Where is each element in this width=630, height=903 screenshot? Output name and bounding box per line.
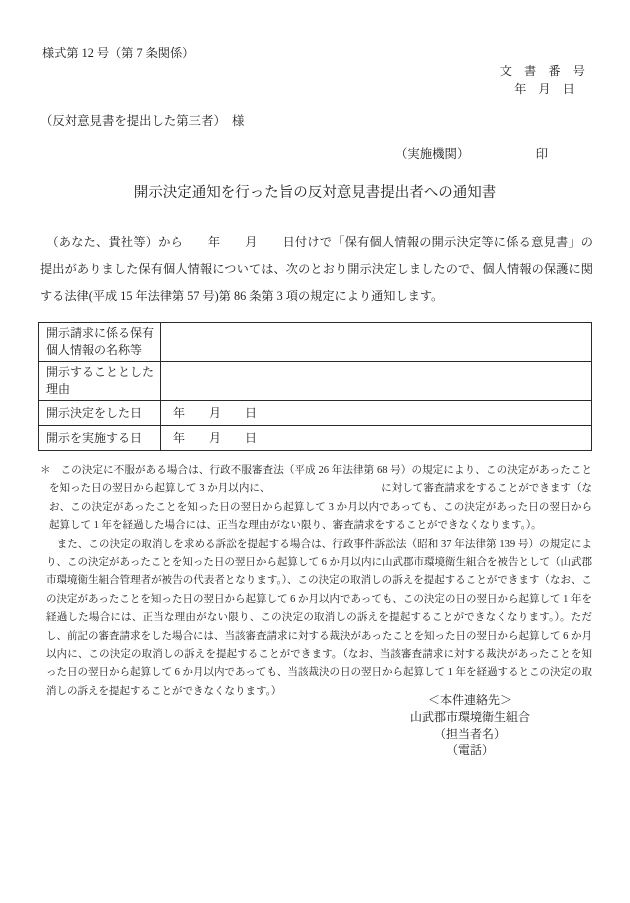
row-value-cell: 年 月 日: [161, 401, 592, 426]
body-paragraph: （あなた、貴社等）から 年 月 日付けで「保有個人情報の開示決定等に係る意見書」…: [40, 229, 593, 311]
note-paragraph-appeal-text: この決定に不服がある場合は、行政不服審査法（平成 26 年法律第 68 号）の規…: [49, 465, 592, 531]
document-title: 開示決定通知を行った旨の反対意見書提出者への通知書: [0, 181, 630, 202]
row-label-cell: 開示決定をした日: [39, 401, 161, 426]
form-number: 様式第 12 号（第 7 条関係）: [42, 44, 194, 61]
table-row: 開示することとした理由: [39, 362, 592, 401]
contact-organization: 山武郡市環境衛生組合: [345, 709, 595, 726]
document-number-placeholder: 文 書 番 号: [500, 62, 585, 79]
contact-phone-placeholder: （電話）: [345, 742, 595, 759]
table-row: 開示を実施する日 年 月 日: [39, 426, 592, 451]
note-paragraph-lawsuit: また、この決定の取消しを求める訴訟を提起する場合は、行政事件訴訟法（昭和 37 …: [40, 536, 592, 702]
row-value-cell: [161, 323, 592, 362]
table-row: 開示請求に係る保有個人情報の名称等: [39, 323, 592, 362]
row-label-cell: 開示を実施する日: [39, 426, 161, 451]
date-placeholder: 年 月 日: [514, 80, 575, 97]
row-value-cell: 年 月 日: [161, 426, 592, 451]
disclosure-info-table: 開示請求に係る保有個人情報の名称等 開示することとした理由 開示決定をした日 年…: [38, 322, 592, 451]
note-asterisk-marker: ＊: [40, 465, 51, 476]
appeal-note: ＊この決定に不服がある場合は、行政不服審査法（平成 26 年法律第 68 号）の…: [40, 462, 592, 701]
note-paragraph-appeal: ＊この決定に不服がある場合は、行政不服審査法（平成 26 年法律第 68 号）の…: [40, 462, 592, 536]
agency-placeholder: （実施機関）: [395, 144, 469, 162]
row-label-cell: 開示することとした理由: [39, 362, 161, 401]
row-value-cell: [161, 362, 592, 401]
row-label-cell: 開示請求に係る保有個人情報の名称等: [39, 323, 161, 362]
agency-signature-row: （実施機関） 印: [395, 144, 548, 162]
document-page: 様式第 12 号（第 7 条関係） 文 書 番 号 年 月 日 （反対意見書を提…: [0, 0, 630, 903]
contact-person-placeholder: （担当者名）: [345, 726, 595, 743]
contact-block: ＜本件連絡先＞ 山武郡市環境衛生組合 （担当者名） （電話）: [345, 692, 595, 759]
contact-heading: ＜本件連絡先＞: [345, 692, 595, 709]
table-row: 開示決定をした日 年 月 日: [39, 401, 592, 426]
seal-placeholder: 印: [536, 144, 548, 162]
addressee-line: （反対意見書を提出した第三者） 様: [40, 111, 244, 129]
